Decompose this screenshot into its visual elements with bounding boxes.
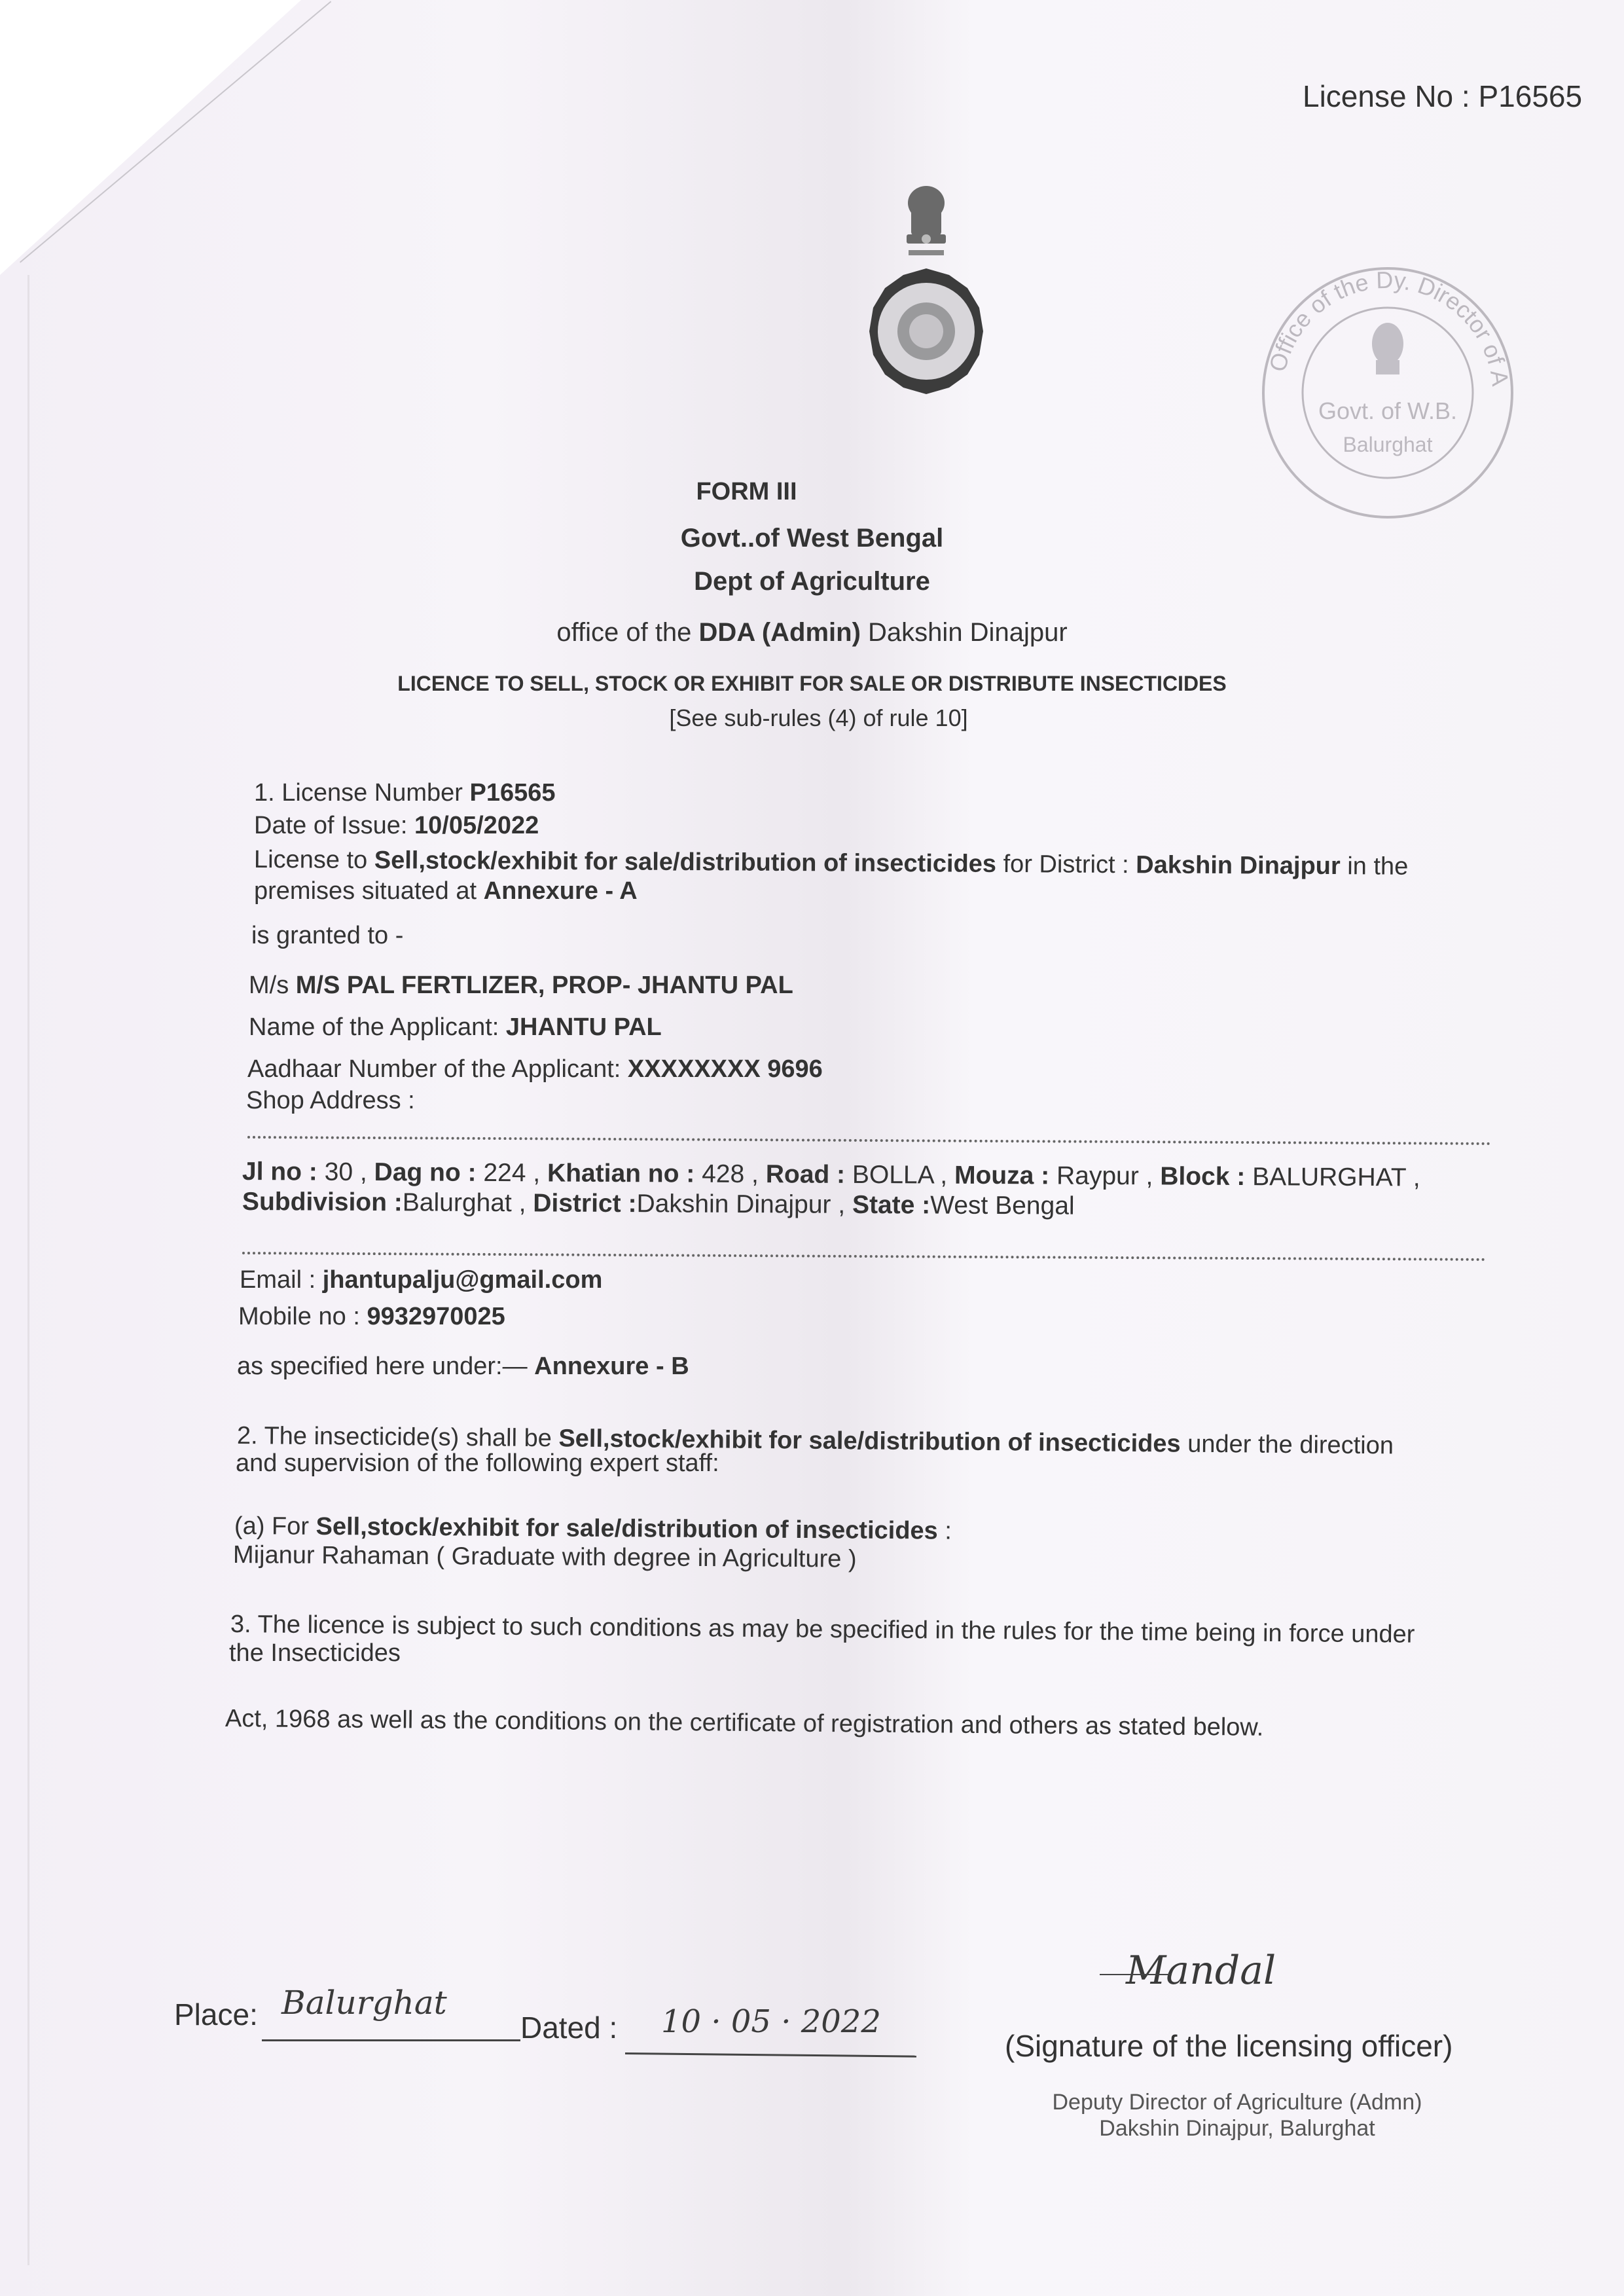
dated-label: Dated : bbox=[520, 2010, 617, 2045]
license-number-line: 1. License Number P16565 bbox=[254, 779, 556, 807]
aadhaar-line: Aadhaar Number of the Applicant: XXXXXXX… bbox=[247, 1055, 823, 1084]
section-2-line-2: and supervision of the following expert … bbox=[236, 1449, 719, 1478]
officer-designation: Deputy Director of Agriculture (Admn) bbox=[1001, 2090, 1473, 2115]
office-bold: DDA (Admin) bbox=[699, 618, 861, 647]
address-line-2: Subdivision :Balurghat , District :Daksh… bbox=[242, 1188, 1075, 1221]
office-line: office of the DDA (Admin) Dakshin Dinajp… bbox=[0, 618, 1624, 647]
signature-stroke bbox=[1100, 1974, 1172, 1975]
officer-signature: Mandal bbox=[1126, 1948, 1276, 1994]
dated-value: 10 · 05 · 2022 bbox=[661, 2003, 881, 2040]
place-underline bbox=[262, 2039, 520, 2041]
license-number-header: License No : P16565 bbox=[1303, 79, 1582, 114]
email-line: Email : jhantupalju@gmail.com bbox=[240, 1266, 602, 1294]
officer-location: Dakshin Dinajpur, Balurghat bbox=[1001, 2116, 1473, 2141]
govt-title: Govt..of West Bengal bbox=[0, 524, 1624, 553]
signature-label: (Signature of the licensing officer) bbox=[1005, 2028, 1453, 2064]
shop-address-label: Shop Address : bbox=[246, 1087, 415, 1115]
folded-corner bbox=[0, 0, 301, 275]
expert-staff: Mijanur Rahaman ( Graduate with degree i… bbox=[233, 1541, 857, 1574]
mobile-line: Mobile no : 9932970025 bbox=[238, 1303, 505, 1331]
svg-text:Balurghat: Balurghat bbox=[1343, 433, 1433, 456]
section-3-line-2: the Insecticides bbox=[229, 1639, 401, 1667]
dept-title: Dept of Agriculture bbox=[0, 567, 1624, 596]
subrules: [See sub-rules (4) of rule 10] bbox=[7, 704, 1624, 732]
place-label: Place: bbox=[174, 1997, 258, 2032]
state-emblem-icon bbox=[851, 177, 1001, 426]
section-2a-line: (a) For Sell,stock/exhibit for sale/dist… bbox=[234, 1512, 952, 1546]
date-of-issue-line: Date of Issue: 10/05/2022 bbox=[254, 812, 539, 840]
address-line-1: Jl no : 30 , Dag no : 224 , Khatian no :… bbox=[242, 1157, 1420, 1192]
place-value: Balurghat bbox=[281, 1984, 447, 2022]
applicant-line: Name of the Applicant: JHANTU PAL bbox=[249, 1013, 662, 1042]
granted-to: is granted to - bbox=[251, 922, 403, 950]
form-title: FORM III bbox=[0, 478, 1559, 506]
svg-text:Govt. of W.B.: Govt. of W.B. bbox=[1318, 397, 1457, 424]
specified-line: as specified here under:— Annexure - B bbox=[237, 1353, 689, 1381]
licence-title: LICENCE TO SELL, STOCK OR EXHIBIT FOR SA… bbox=[0, 672, 1624, 696]
firm-line: M/s M/S PAL FERTLIZER, PROP- JHANTU PAL bbox=[249, 972, 793, 1000]
premises-line: premises situated at Annexure - A bbox=[254, 877, 638, 905]
